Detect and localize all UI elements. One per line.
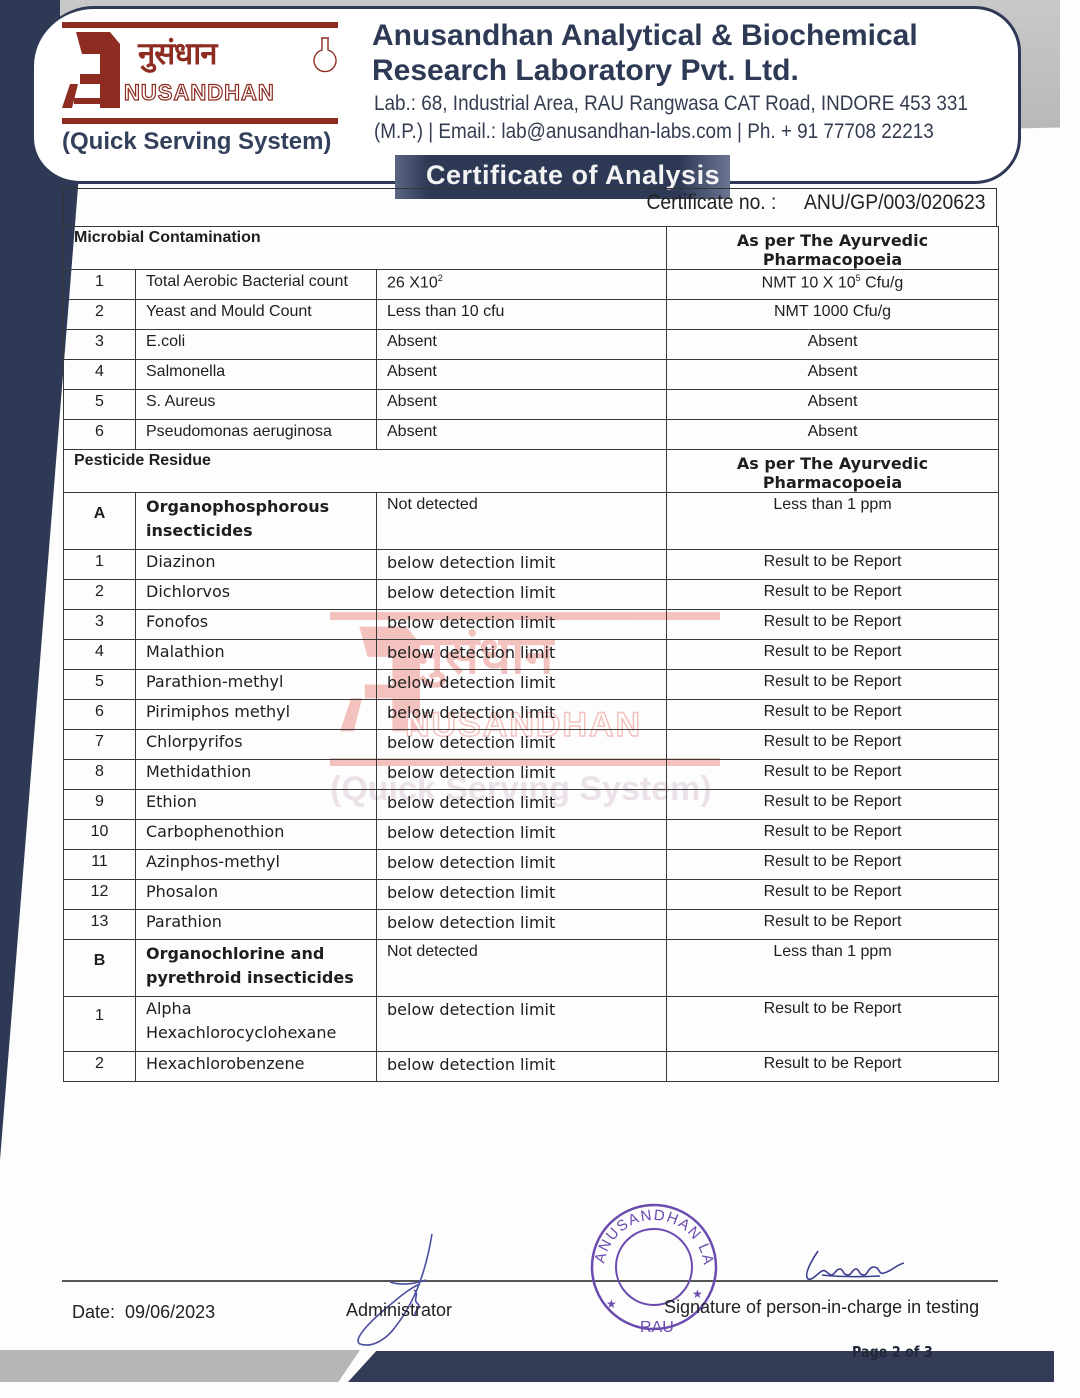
test-name: Salmonella: [136, 360, 377, 390]
table-row: 5Parathion-methylbelow detection limitRe…: [64, 670, 999, 700]
result-cell: below detection limit: [377, 580, 667, 610]
person-in-charge-label: Signature of person-in-charge in testing: [664, 1297, 979, 1318]
limit-cell: Result to be Report: [667, 580, 999, 610]
group-id: A: [64, 493, 136, 550]
row-number: 8: [64, 760, 136, 790]
result-cell: below detection limit: [377, 610, 667, 640]
result-cell: below detection limit: [377, 820, 667, 850]
limit-cell: Result to be Report: [667, 880, 999, 910]
row-number: 10: [64, 820, 136, 850]
row-number: 2: [64, 300, 136, 330]
table-row: 13Parathionbelow detection limitResult t…: [64, 910, 999, 940]
limit-cell: NMT 10 X 105 Cfu/g: [667, 270, 999, 300]
company-name: Anusandhan Analytical & Biochemical Rese…: [372, 18, 918, 88]
test-name: Parathion-methyl: [136, 670, 377, 700]
company-address: Lab.: 68, Industrial Area, RAU Rangwasa …: [374, 90, 968, 146]
section-header-microbial: Microbial Contamination As per The Ayurv…: [64, 227, 999, 270]
row-number: 5: [64, 390, 136, 420]
result-cell: below detection limit: [377, 760, 667, 790]
test-name: Hexachlorobenzene: [136, 1052, 377, 1082]
table-row: 3E.coliAbsentAbsent: [64, 330, 999, 360]
table-row: 12Phosalonbelow detection limitResult to…: [64, 880, 999, 910]
logo-a-mark-icon: [62, 32, 120, 108]
test-name: Carbophenothion: [136, 820, 377, 850]
result-cell: below detection limit: [377, 880, 667, 910]
result-cell: below detection limit: [377, 1052, 667, 1082]
test-name: E.coli: [136, 330, 377, 360]
row-number: 2: [64, 1052, 136, 1082]
test-name: Pirimiphos methyl: [136, 700, 377, 730]
limit-cell: Absent: [667, 330, 999, 360]
company-name-line2: Research Laboratory Pvt. Ltd.: [372, 53, 918, 88]
row-number: 6: [64, 420, 136, 450]
test-name: Malathion: [136, 640, 377, 670]
limit-cell: Result to be Report: [667, 700, 999, 730]
test-name: Pseudomonas aeruginosa: [136, 420, 377, 450]
table-row: 11Azinphos-methylbelow detection limitRe…: [64, 850, 999, 880]
test-name: Yeast and Mould Count: [136, 300, 377, 330]
result-cell: below detection limit: [377, 997, 667, 1052]
table-row: 4Malathionbelow detection limitResult to…: [64, 640, 999, 670]
row-number: 3: [64, 330, 136, 360]
group-limit: Less than 1 ppm: [667, 493, 999, 550]
flask-icon: [312, 36, 338, 74]
group-name: Organochlorine andpyrethroid insecticide…: [136, 940, 377, 997]
lab-stamp: ANUSANDHAN LABS RAU ★ ★: [582, 1192, 722, 1342]
page-number: Page 2 of 3: [852, 1343, 933, 1361]
result-cell: below detection limit: [377, 640, 667, 670]
analysis-table: Microbial Contamination As per The Ayurv…: [63, 226, 999, 1082]
group-row: B Organochlorine andpyrethroid insectici…: [64, 940, 999, 997]
logo-latin-text: NUSANDHAN: [124, 80, 275, 106]
date-value: 09/06/2023: [125, 1302, 215, 1322]
stamp-text-bottom: RAU: [640, 1319, 674, 1336]
test-name: Azinphos-methyl: [136, 850, 377, 880]
section-header-pesticide: Pesticide Residue As per The Ayurvedic P…: [64, 450, 999, 493]
result-cell: Absent: [377, 330, 667, 360]
table-row: 7Chlorpyrifosbelow detection limitResult…: [64, 730, 999, 760]
test-name: Dichlorvos: [136, 580, 377, 610]
group-limit: Less than 1 ppm: [667, 940, 999, 997]
logo-devanagari-text: नुसंधान: [138, 32, 216, 74]
table-row: 1Total Aerobic Bacterial count26 X102NMT…: [64, 270, 999, 300]
row-number: 7: [64, 730, 136, 760]
limit-cell: Result to be Report: [667, 730, 999, 760]
group-name: Organophosphorousinsecticides: [136, 493, 377, 550]
limit-cell: Result to be Report: [667, 1052, 999, 1082]
certificate-number-row: Certificate no. :ANU/GP/003/020623: [63, 188, 997, 226]
row-number: 4: [64, 360, 136, 390]
logo-bottom-rule: [62, 118, 338, 124]
address-line2: (M.P.) | Email.: lab@anusandhan-labs.com…: [374, 118, 968, 146]
table-row: 2Yeast and Mould CountLess than 10 cfuNM…: [64, 300, 999, 330]
limit-cell: Result to be Report: [667, 640, 999, 670]
limit-cell: Result to be Report: [667, 760, 999, 790]
row-number: 4: [64, 640, 136, 670]
test-name: Phosalon: [136, 880, 377, 910]
test-name: Diazinon: [136, 550, 377, 580]
limit-cell: Result to be Report: [667, 670, 999, 700]
limit-cell: Absent: [667, 420, 999, 450]
company-logo: नुसंधान NUSANDHAN: [62, 22, 338, 124]
group-result: Not detected: [377, 940, 667, 997]
row-number: 1: [64, 550, 136, 580]
test-name: Chlorpyrifos: [136, 730, 377, 760]
table-row: 2Hexachlorobenzenebelow detection limitR…: [64, 1052, 999, 1082]
limit-cell: Result to be Report: [667, 820, 999, 850]
section-title: Microbial Contamination: [64, 227, 667, 270]
section-title: Pesticide Residue: [64, 450, 667, 493]
address-line1: Lab.: 68, Industrial Area, RAU Rangwasa …: [374, 90, 968, 118]
logo-tagline: (Quick Serving System): [62, 128, 331, 156]
footer-gray-band: [0, 1350, 360, 1382]
table-row: 1 AlphaHexachlorocyclohexane below detec…: [64, 997, 999, 1052]
section-reference: As per The Ayurvedic Pharmacopoeia: [667, 227, 999, 270]
result-cell: below detection limit: [377, 850, 667, 880]
group-row: A Organophosphorousinsecticides Not dete…: [64, 493, 999, 550]
result-cell: Absent: [377, 390, 667, 420]
person-in-charge-signature: [800, 1245, 920, 1285]
limit-cell: Result to be Report: [667, 610, 999, 640]
limit-cell: Result to be Report: [667, 550, 999, 580]
test-name: Ethion: [136, 790, 377, 820]
administrator-signature: [350, 1230, 450, 1350]
row-number: 6: [64, 700, 136, 730]
table-row: 3Fonofosbelow detection limitResult to b…: [64, 610, 999, 640]
section-reference: As per The Ayurvedic Pharmacopoeia: [667, 450, 999, 493]
table-row: 2Dichlorvosbelow detection limitResult t…: [64, 580, 999, 610]
test-name: AlphaHexachlorocyclohexane: [136, 997, 377, 1052]
row-number: 2: [64, 580, 136, 610]
row-number: 9: [64, 790, 136, 820]
result-cell: Absent: [377, 360, 667, 390]
limit-cell: Result to be Report: [667, 997, 999, 1052]
table-row: 8Methidathionbelow detection limitResult…: [64, 760, 999, 790]
table-row: 10Carbophenothionbelow detection limitRe…: [64, 820, 999, 850]
result-cell: below detection limit: [377, 670, 667, 700]
administrator-label: Administrator: [346, 1300, 452, 1321]
test-name: Methidathion: [136, 760, 377, 790]
row-number: 12: [64, 880, 136, 910]
result-cell: below detection limit: [377, 700, 667, 730]
row-number: 3: [64, 610, 136, 640]
limit-cell: Result to be Report: [667, 910, 999, 940]
table-row: 6Pseudomonas aeruginosaAbsentAbsent: [64, 420, 999, 450]
limit-cell: Absent: [667, 390, 999, 420]
row-number: 11: [64, 850, 136, 880]
certificate-number-label: Certificate no. :: [647, 191, 777, 214]
table-row: 9Ethionbelow detection limitResult to be…: [64, 790, 999, 820]
result-cell: Less than 10 cfu: [377, 300, 667, 330]
result-cell: 26 X102: [377, 270, 667, 300]
table-row: 1Diazinonbelow detection limitResult to …: [64, 550, 999, 580]
table-row: 6Pirimiphos methylbelow detection limitR…: [64, 700, 999, 730]
test-name: S. Aureus: [136, 390, 377, 420]
test-name: Parathion: [136, 910, 377, 940]
row-number: 5: [64, 670, 136, 700]
result-cell: below detection limit: [377, 910, 667, 940]
row-number: 1: [64, 270, 136, 300]
document-title: Certificate of Analysis: [426, 160, 720, 191]
limit-cell: Result to be Report: [667, 850, 999, 880]
result-cell: below detection limit: [377, 730, 667, 760]
limit-cell: Absent: [667, 360, 999, 390]
group-result: Not detected: [377, 493, 667, 550]
limit-cell: Result to be Report: [667, 790, 999, 820]
row-number: 13: [64, 910, 136, 940]
result-cell: below detection limit: [377, 550, 667, 580]
svg-text:★: ★: [606, 1297, 617, 1311]
date-field: Date: 09/06/2023: [72, 1302, 215, 1323]
group-id: B: [64, 940, 136, 997]
result-cell: Absent: [377, 420, 667, 450]
footer-navy-band: [348, 1351, 1054, 1382]
company-name-line1: Anusandhan Analytical & Biochemical: [372, 18, 918, 53]
date-label: Date:: [72, 1302, 115, 1322]
certificate-number: ANU/GP/003/020623: [804, 191, 986, 214]
result-cell: below detection limit: [377, 790, 667, 820]
limit-cell: NMT 1000 Cfu/g: [667, 300, 999, 330]
row-number: 1: [64, 997, 136, 1052]
table-row: 4SalmonellaAbsentAbsent: [64, 360, 999, 390]
table-row: 5S. AureusAbsentAbsent: [64, 390, 999, 420]
test-name: Fonofos: [136, 610, 377, 640]
test-name: Total Aerobic Bacterial count: [136, 270, 377, 300]
